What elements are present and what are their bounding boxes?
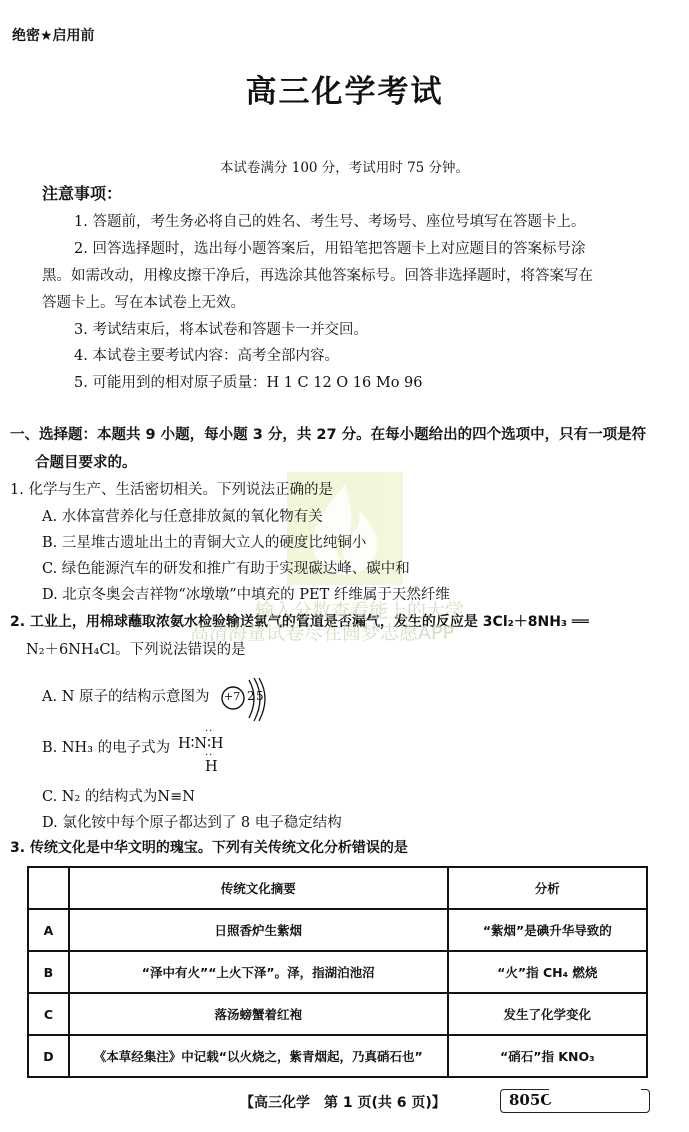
row-label: C <box>28 993 69 1035</box>
question-2-option-c: C. N₂ 的结构式为N≡N <box>42 785 195 806</box>
notice-item: 3. 考试结束后，将本试卷和答题卡一并交回。 <box>74 318 368 339</box>
table-row: C 落汤螃蟹着红袍 发生了化学变化 <box>28 993 647 1035</box>
row-label: D <box>28 1035 69 1077</box>
culture-summary: “泽中有火”“上火下泽”。泽，指湖泊池沼 <box>69 951 448 993</box>
row-label: B <box>28 951 69 993</box>
notice-item: 5. 可能用到的相对原子质量：H 1 C 12 O 16 Mo 96 <box>74 371 423 392</box>
electron-formula: H∶N∶H <box>178 736 224 752</box>
culture-summary: 日照香炉生紫烟 <box>69 909 448 951</box>
atom-structure-diagram: +7 2 5 <box>221 678 281 722</box>
culture-summary: 《本草经集注》中记载“以火烧之，紫青烟起，乃真硝石也” <box>69 1035 448 1077</box>
question-3-stem: 3. 传统文化是中华文明的瑰宝。下列有关传统文化分析错误的是 <box>10 837 408 857</box>
section-heading: 一、选择题：本题共 9 小题，每小题 3 分，共 27 分。在每小题给出的四个选… <box>10 423 646 444</box>
culture-analysis-table: 传统文化摘要 分析 A 日照香炉生紫烟 “紫烟”是碘升华导致的 B “泽中有火”… <box>27 866 648 1078</box>
question-2-option-a: A. N 原子的结构示意图为 <box>42 685 210 706</box>
table-header-cell: 传统文化摘要 <box>69 867 448 909</box>
notice-heading: 注意事项： <box>42 181 122 204</box>
confidential-label: 绝密★启用前 <box>12 25 95 45</box>
question-1-option-b: B. 三星堆古遗址出土的青铜大立人的硬度比纯铜小 <box>42 531 366 552</box>
shell-1-electrons: 2 <box>247 689 255 703</box>
table-row: B “泽中有火”“上火下泽”。泽，指湖泊池沼 “火”指 CH₄ 燃烧 <box>28 951 647 993</box>
shell-2-electrons: 5 <box>256 689 264 703</box>
question-1-stem: 1. 化学与生产、生活密切相关。下列说法正确的是 <box>10 478 333 499</box>
analysis: “硝石”指 KNO₃ <box>448 1035 647 1077</box>
exam-subtitle: 本试卷满分 100 分，考试用时 75 分钟。 <box>0 156 689 176</box>
notice-item: 1. 答题前，考生务必将自己的姓名、考生号、考场号、座位号填写在答题卡上。 <box>74 210 585 231</box>
table-header-row: 传统文化摘要 分析 <box>28 867 647 909</box>
culture-summary: 落汤螃蟹着红袍 <box>69 993 448 1035</box>
analysis: “紫烟”是碘升华导致的 <box>448 909 647 951</box>
page-footer: 【高三化学 第 1 页(共 6 页)】 <box>240 1092 446 1112</box>
nucleus-charge: +7 <box>224 690 240 703</box>
question-1-option-c: C. 绿色能源汽车的研发和推广有助于实现碳达峰、碳中和 <box>42 557 410 578</box>
question-1-option-a: A. 水体富营养化与任意排放氮的氧化物有关 <box>42 505 323 526</box>
notice-item: 答题卡上。写在本试卷上无效。 <box>42 291 245 312</box>
lone-pair-dots: ·· <box>205 726 213 737</box>
watermark-text-2: 高清海量试卷尽在圆梦志愿APP <box>190 618 454 645</box>
electron-formula-bottom-h: H <box>205 759 218 775</box>
section-heading-cont: 合题目要求的。 <box>35 451 137 472</box>
notice-item: 4. 本试卷主要考试内容：高考全部内容。 <box>74 344 339 365</box>
table-row: A 日照香炉生紫烟 “紫烟”是碘升华导致的 <box>28 909 647 951</box>
question-2-option-b: B. NH₃ 的电子式为 <box>42 736 170 757</box>
row-label: A <box>28 909 69 951</box>
analysis: “火”指 CH₄ 燃烧 <box>448 951 647 993</box>
question-2-option-d: D. 氯化铵中每个原子都达到了 8 电子稳定结构 <box>42 811 342 832</box>
table-header-cell: 分析 <box>448 867 647 909</box>
notice-item: 2. 回答选择题时，选出每小题答案后，用铅笔把答题卡上对应题目的答案标号涂 <box>74 237 585 258</box>
exam-code-box: 805C <box>500 1089 650 1113</box>
notice-item: 黑。如需改动，用橡皮擦干净后，再选涂其他答案标号。回答非选择题时，将答案写在 <box>42 264 593 285</box>
table-row: D 《本草经集注》中记载“以火烧之，紫青烟起，乃真硝石也” “硝石”指 KNO₃ <box>28 1035 647 1077</box>
code-box-fade <box>549 1088 641 1102</box>
table-header-cell <box>28 867 69 909</box>
page-title: 高三化学考试 <box>0 66 689 111</box>
exam-code: 805C <box>509 1091 552 1109</box>
analysis: 发生了化学变化 <box>448 993 647 1035</box>
